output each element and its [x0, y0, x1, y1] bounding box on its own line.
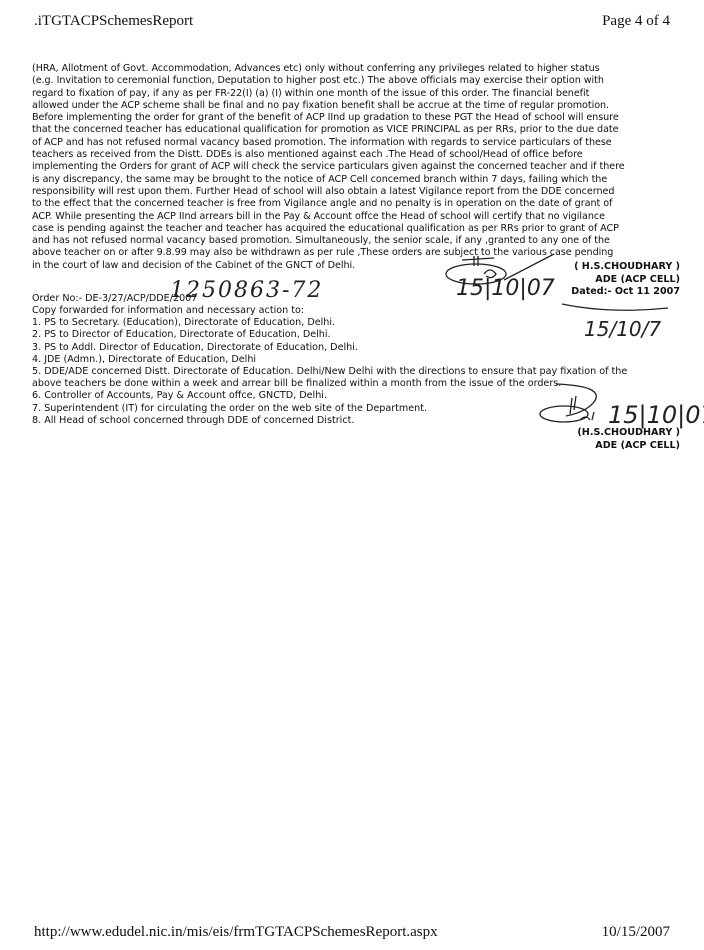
copy-forwarded-intro: Copy forwarded for information and neces… — [32, 305, 692, 317]
signatory-designation: ADE (ACP CELL) — [571, 274, 680, 287]
footer-url: http://www.edudel.nic.in/mis/eis/frmTGTA… — [34, 924, 438, 941]
list-item: 5. DDE/ADE concerned Distt. Directorate … — [32, 366, 692, 378]
signatory-name: ( H.S.CHOUDHARY ) — [571, 261, 680, 274]
report-title: .iTGTACPSchemesReport — [34, 13, 193, 30]
handwritten-order-number: 1250863-72 — [170, 278, 323, 303]
page-number: Page 4 of 4 — [602, 13, 670, 30]
body-line: (e.g. Invitation to ceremonial function,… — [32, 75, 682, 87]
body-line: is any discrepancy, the same may be brou… — [32, 174, 682, 186]
signatory-designation: ADE (ACP CELL) — [577, 440, 680, 453]
handwritten-date-1: 15|10|07 — [456, 276, 555, 301]
list-item: 3. PS to Addl. Director of Education, Di… — [32, 342, 692, 354]
signatory-name: (H.S.CHOUDHARY ) — [577, 427, 680, 440]
list-item: 2. PS to Director of Education, Director… — [32, 329, 692, 341]
body-line: implementing the Orders for grant of ACP… — [32, 161, 682, 173]
footer-date: 10/15/2007 — [602, 924, 670, 941]
list-item: 1. PS to Secretary. (Education), Directo… — [32, 317, 692, 329]
list-item: 4. JDE (Admn.), Directorate of Education… — [32, 354, 692, 366]
body-line: Before implementing the order for grant … — [32, 112, 682, 124]
body-line: that the concerned teacher has education… — [32, 124, 682, 136]
body-line: (HRA, Allotment of Govt. Accommodation, … — [32, 63, 682, 75]
handwritten-date-3: 15|10|07 — [608, 401, 704, 429]
body-line: of ACP and has not refused normal vacanc… — [32, 137, 682, 149]
body-line: to the effect that the concerned teacher… — [32, 198, 682, 210]
body-line: ACP. While presenting the ACP IInd arrea… — [32, 211, 682, 223]
signature-block-1: ( H.S.CHOUDHARY ) ADE (ACP CELL) Dated:-… — [571, 261, 680, 299]
body-line: regard to fixation of pay, if any as per… — [32, 88, 682, 100]
order-body-paragraph: (HRA, Allotment of Govt. Accommodation, … — [32, 63, 682, 272]
body-line: allowed under the ACP scheme shall be fi… — [32, 100, 682, 112]
body-line: above teacher on or after 9.8.99 may als… — [32, 247, 682, 259]
signature-scribble-2 — [536, 380, 616, 426]
dated-label: Dated:- Oct 11 2007 — [571, 286, 680, 299]
signature-block-2: (H.S.CHOUDHARY ) ADE (ACP CELL) — [577, 427, 680, 452]
body-line: teachers as received from the Distt. DDE… — [32, 149, 682, 161]
body-line: and has not refused normal vacancy based… — [32, 235, 682, 247]
body-line: case is pending against the teacher and … — [32, 223, 682, 235]
body-line: responsibility will rest upon them. Furt… — [32, 186, 682, 198]
